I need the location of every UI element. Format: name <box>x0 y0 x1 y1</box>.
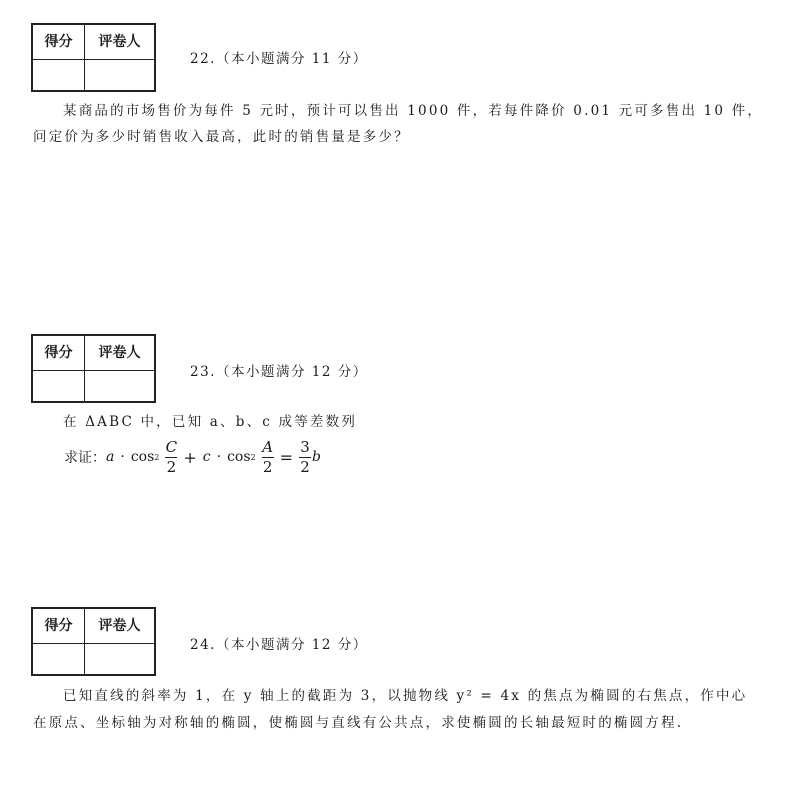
formula-cos: cos <box>227 449 250 465</box>
score-table-q22: 得分 评卷人 <box>31 23 156 92</box>
question-24-line-1: 已知直线的斜率为 1，在 y 轴上的截距为 3，以抛物线 y² = 4x 的焦点… <box>63 684 747 704</box>
question-22-line-1: 某商品的市场售价为每件 5 元时，预计可以售出 1000 件，若每件降价 0.0… <box>63 99 763 119</box>
question-23-heading: 23.（本小题满分 12 分） <box>190 360 368 380</box>
formula-square: 2 <box>154 453 159 462</box>
formula-fraction-3-over-2: 3 2 <box>299 440 311 475</box>
formula-var-c: c <box>203 449 211 465</box>
grader-input-cell[interactable] <box>85 60 154 90</box>
formula-fraction-a-over-2: A 2 <box>262 440 274 475</box>
question-22-line-2: 问定价为多少时销售收入最高，此时的销售量是多少？ <box>33 125 410 145</box>
grader-column-label: 评卷人 <box>85 609 154 643</box>
grader-input-cell[interactable] <box>85 644 154 674</box>
score-column-label: 得分 <box>33 336 84 370</box>
question-23-line-1: 在 ΔABC 中，已知 a、b、c 成等差数列 <box>63 410 357 430</box>
score-column-label: 得分 <box>33 25 84 59</box>
question-24-line-2: 在原点、坐标轴为对称轴的椭圆，使椭圆与直线有公共点，求使椭圆的长轴最短时的椭圆方… <box>33 711 683 731</box>
formula-equals: = <box>280 448 293 467</box>
formula-var-b: b <box>312 449 321 465</box>
formula-fraction-c-over-2: C 2 <box>165 440 177 475</box>
formula-dot: · <box>217 449 221 465</box>
grader-column-label: 评卷人 <box>85 336 154 370</box>
grader-input-cell[interactable] <box>85 371 154 401</box>
question-24-heading: 24.（本小题满分 12 分） <box>190 633 368 653</box>
formula-square: 2 <box>251 453 256 462</box>
score-table-q24: 得分 评卷人 <box>31 607 156 676</box>
question-23-formula: 求证： a · cos2 C 2 + c · cos2 A 2 = 3 2 b <box>64 437 321 477</box>
formula-dot: · <box>120 449 124 465</box>
formula-cos: cos <box>131 449 154 465</box>
score-input-cell[interactable] <box>33 371 84 401</box>
question-22-heading: 22.（本小题满分 11 分） <box>190 47 368 67</box>
score-table-q23: 得分 评卷人 <box>31 334 156 403</box>
formula-var-a: a <box>106 449 114 465</box>
formula-plus: + <box>183 448 196 467</box>
score-input-cell[interactable] <box>33 644 84 674</box>
grader-column-label: 评卷人 <box>85 25 154 59</box>
formula-prefix: 求证： <box>64 447 106 467</box>
score-input-cell[interactable] <box>33 60 84 90</box>
score-column-label: 得分 <box>33 609 84 643</box>
